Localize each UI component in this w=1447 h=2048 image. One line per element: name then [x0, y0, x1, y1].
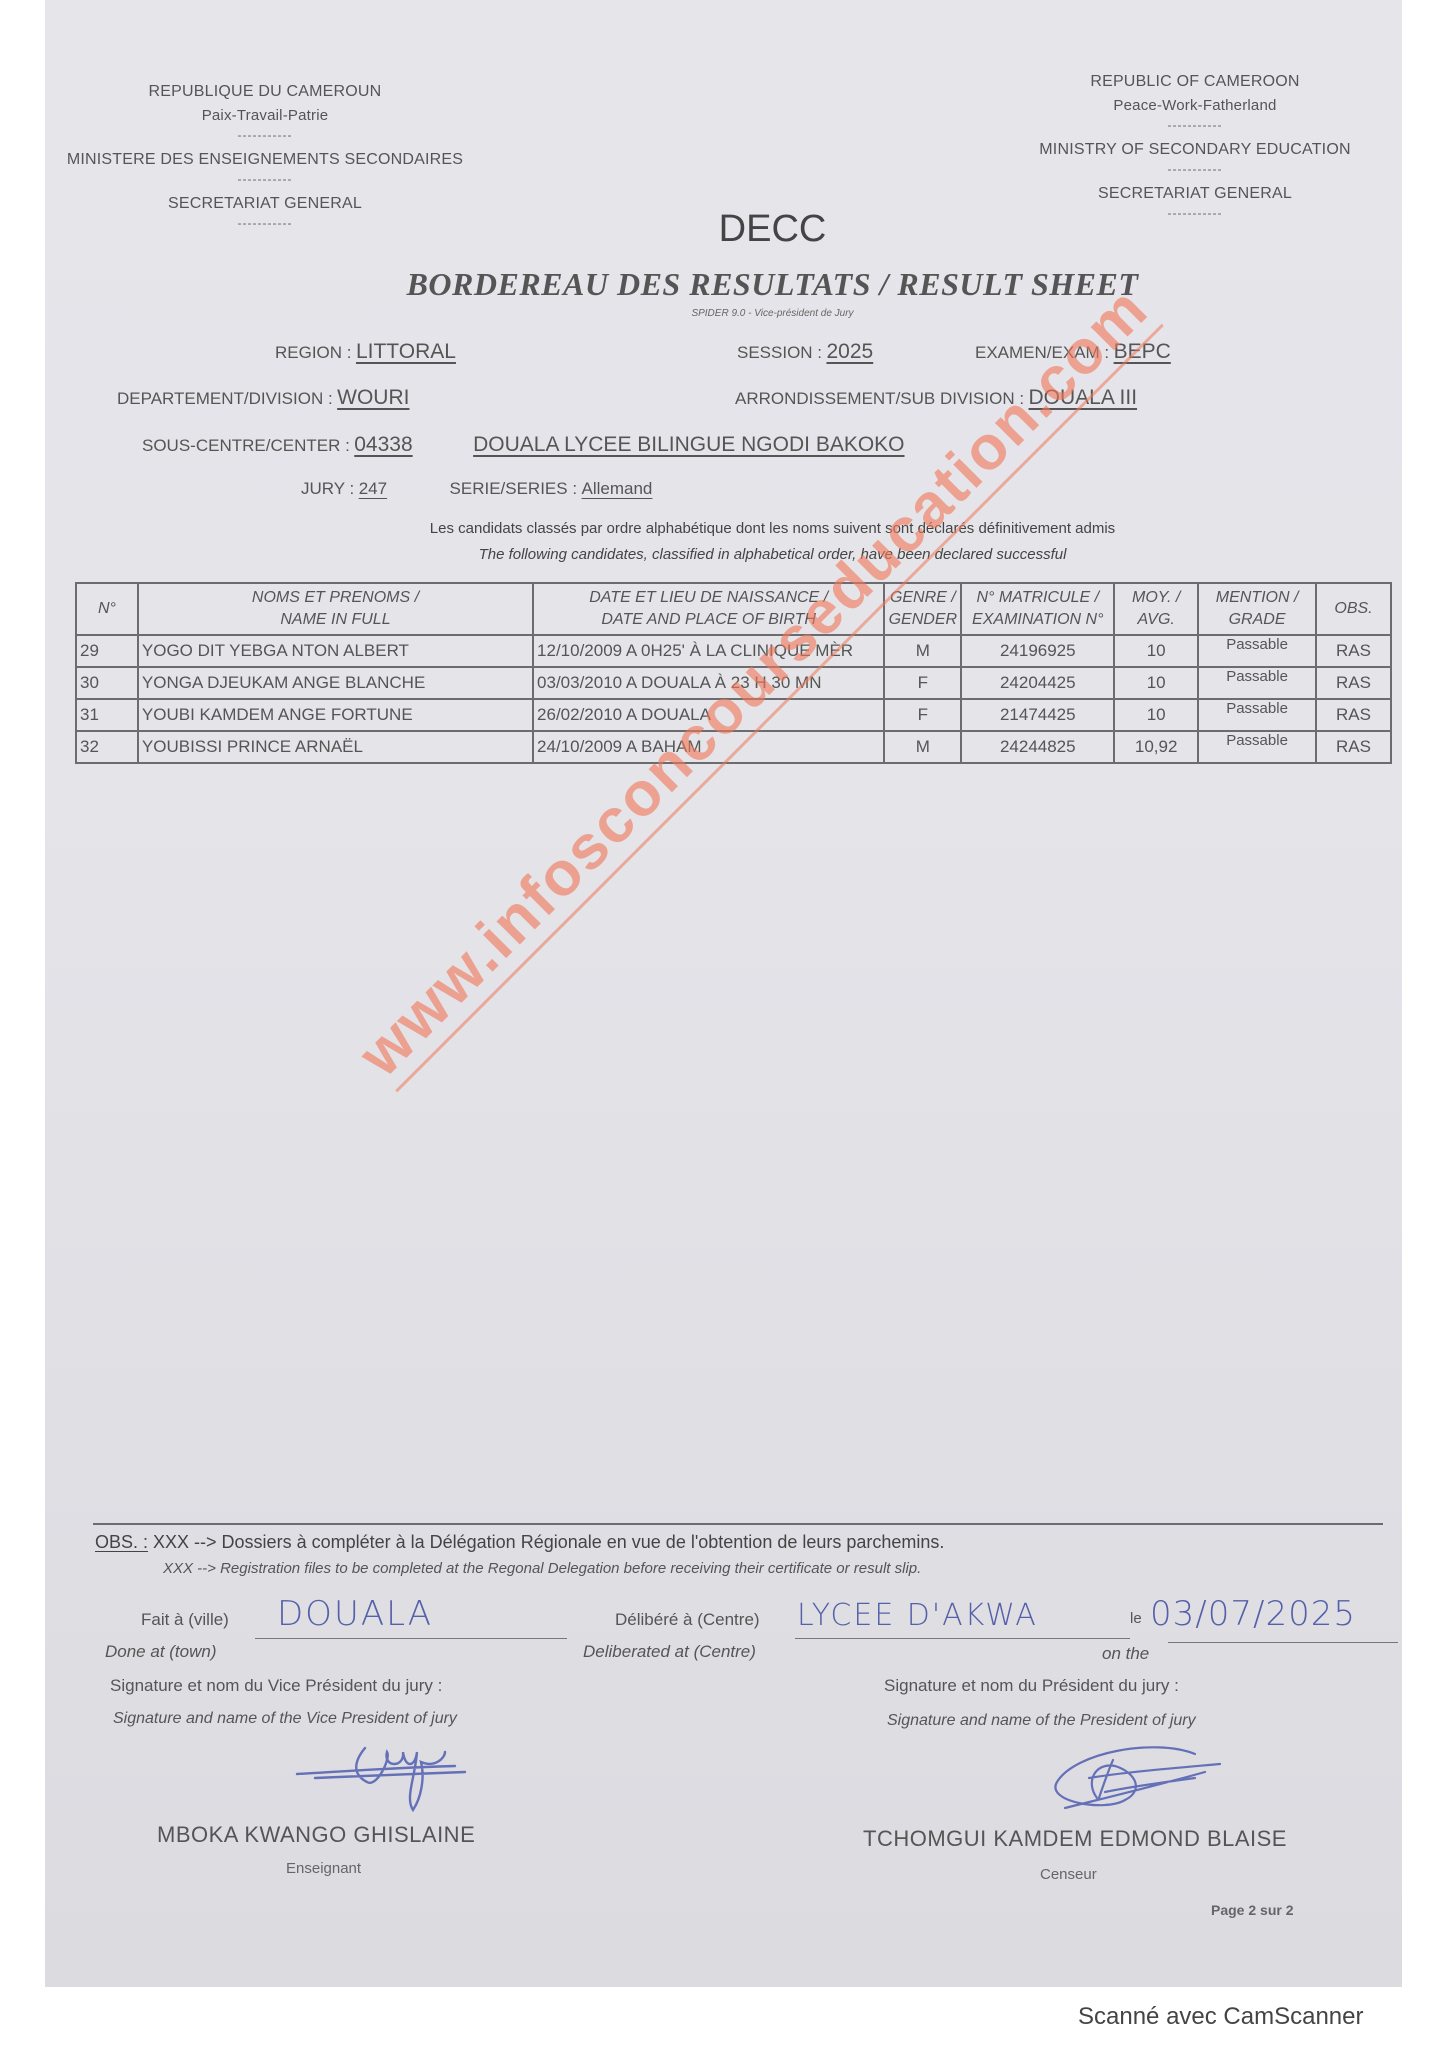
done-at-label-en: Done at (town): [105, 1642, 217, 1662]
p-signature-label-en: Signature and name of the President of j…: [887, 1712, 1196, 1730]
vp-signature-icon: [295, 1738, 475, 1818]
office-name: DECC: [94, 208, 1447, 251]
cell-average: 10: [1114, 699, 1198, 731]
cell-gender: M: [884, 635, 961, 667]
separator: -----------: [65, 128, 465, 142]
col-header-name: NOMS ET PRENOMS /NAME IN FULL: [138, 583, 533, 635]
center-code: 04338: [354, 433, 412, 456]
vp-role: Enseignant: [286, 1860, 361, 1877]
division-label: DEPARTEMENT/DIVISION :: [117, 389, 333, 408]
cell-grade: Passable: [1198, 699, 1316, 731]
p-name: TCHOMGUI KAMDEM EDMOND BLAISE: [863, 1826, 1313, 1852]
cell-matricule: 24244825: [961, 731, 1114, 763]
col-header-average: MOY. /AVG.: [1114, 583, 1198, 635]
cell-gender: M: [884, 731, 961, 763]
date-label-fr: le: [1130, 1610, 1142, 1627]
date-value: 03/07/2025: [1150, 1594, 1356, 1634]
cell-name: YOUBISSI PRINCE ARNAËL: [138, 731, 533, 763]
center-label: SOUS-CENTRE/CENTER :: [142, 436, 350, 455]
col-header-grade: MENTION /GRADE: [1198, 583, 1316, 635]
motto-en: Peace-Work-Fatherland: [1015, 94, 1375, 118]
vp-name: MBOKA KWANGO GHISLAINE: [157, 1822, 475, 1848]
center-name: DOUALA LYCEE BILINGUE NGODI BAKOKO: [473, 433, 904, 456]
cell-grade: Passable: [1198, 731, 1316, 763]
deliberated-line: [795, 1638, 1130, 1639]
jury-field: JURY : 247 SERIE/SERIES : Allemand: [301, 479, 652, 499]
secretariat-en: SECRETARIAT GENERAL: [1015, 182, 1375, 206]
cell-average: 10: [1114, 667, 1198, 699]
cell-name: YONGA DJEUKAM ANGE BLANCHE: [138, 667, 533, 699]
cell-gender: F: [884, 699, 961, 731]
separator: -----------: [65, 172, 465, 186]
cell-average: 10,92: [1114, 731, 1198, 763]
document-title: BORDEREAU DES RESULTATS / RESULT SHEET: [94, 266, 1447, 303]
obs-text-fr: XXX --> Dossiers à compléter à la Déléga…: [153, 1532, 944, 1552]
ministry-fr: MINISTERE DES ENSEIGNEMENTS SECONDAIRES: [65, 148, 465, 172]
col-header-obs: OBS.: [1316, 583, 1391, 635]
done-at-line: [255, 1638, 567, 1639]
header-right: REPUBLIC OF CAMEROON Peace-Work-Fatherla…: [1015, 70, 1375, 220]
date-label-en: on the: [1102, 1644, 1149, 1664]
vp-signature-label-en: Signature and name of the Vice President…: [113, 1710, 457, 1728]
cell-grade: Passable: [1198, 635, 1316, 667]
jury-label: JURY :: [301, 479, 354, 498]
cell-number: 30: [76, 667, 138, 699]
cell-name: YOGO DIT YEBGA NTON ALBERT: [138, 635, 533, 667]
deliberated-label-fr: Délibéré à (Centre): [615, 1610, 760, 1630]
session-value: 2025: [826, 340, 873, 363]
cell-average: 10: [1114, 635, 1198, 667]
cell-obs: RAS: [1316, 731, 1391, 763]
deliberated-label-en: Deliberated at (Centre): [583, 1642, 756, 1662]
page-number: Page 2 sur 2: [1211, 1902, 1294, 1918]
cell-matricule: 24196925: [961, 635, 1114, 667]
date-line: [1168, 1642, 1398, 1643]
region-label: REGION :: [275, 343, 352, 362]
col-header-number: N°: [76, 583, 138, 635]
motto-fr: Paix-Travail-Patrie: [65, 104, 465, 128]
cell-name: YOUBI KAMDEM ANGE FORTUNE: [138, 699, 533, 731]
deliberated-value: LYCEE D'AKWA: [797, 1598, 1038, 1633]
scanner-label: Scanné avec CamScanner: [1078, 2003, 1364, 2031]
table-header-row: N° NOMS ET PRENOMS /NAME IN FULL DATE ET…: [76, 583, 1391, 635]
series-label: SERIE/SERIES :: [450, 479, 578, 498]
obs-text-en: XXX --> Registration files to be complet…: [163, 1560, 921, 1577]
obs-label: OBS. :: [95, 1532, 148, 1552]
center-field: SOUS-CENTRE/CENTER : 04338 DOUALA LYCEE …: [142, 433, 905, 457]
vp-signature-label-fr: Signature et nom du Vice Président du ju…: [110, 1676, 442, 1696]
cell-obs: RAS: [1316, 667, 1391, 699]
cell-obs: RAS: [1316, 699, 1391, 731]
region-value: LITTORAL: [356, 340, 456, 363]
cell-number: 32: [76, 731, 138, 763]
done-at-value: DOUALA: [277, 1594, 433, 1634]
ministry-en: MINISTRY OF SECONDARY EDUCATION: [1015, 138, 1375, 162]
obs-fr: OBS. : XXX --> Dossiers à compléter à la…: [95, 1532, 944, 1553]
cell-matricule: 21474425: [961, 699, 1114, 731]
p-signature-label-fr: Signature et nom du Président du jury :: [884, 1676, 1179, 1696]
session-field: SESSION : 2025: [737, 340, 873, 364]
series-value: Allemand: [582, 479, 653, 498]
country-en: REPUBLIC OF CAMEROON: [1015, 70, 1375, 94]
region-field: REGION : LITTORAL: [275, 340, 456, 364]
session-label: SESSION :: [737, 343, 822, 362]
country-fr: REPUBLIQUE DU CAMEROUN: [65, 80, 465, 104]
cell-number: 29: [76, 635, 138, 667]
cell-obs: RAS: [1316, 635, 1391, 667]
separator: -----------: [1015, 118, 1375, 132]
division-field: DEPARTEMENT/DIVISION : WOURI: [117, 386, 409, 410]
separator: -----------: [1015, 162, 1375, 176]
p-signature-icon: [1045, 1742, 1245, 1817]
cell-matricule: 24204425: [961, 667, 1114, 699]
col-header-matricule: N° MATRICULE /EXAMINATION N°: [961, 583, 1114, 635]
footer-divider: [93, 1523, 1383, 1525]
software-version: SPIDER 9.0 - Vice-président de Jury: [94, 308, 1447, 319]
p-role: Censeur: [1040, 1866, 1097, 1883]
done-at-label-fr: Fait à (ville): [141, 1610, 229, 1630]
cell-grade: Passable: [1198, 667, 1316, 699]
division-value: WOURI: [337, 386, 409, 409]
cell-number: 31: [76, 699, 138, 731]
cell-gender: F: [884, 667, 961, 699]
jury-value: 247: [359, 479, 387, 498]
notice-fr: Les candidats classés par ordre alphabét…: [94, 520, 1447, 537]
document-page: REPUBLIQUE DU CAMEROUN Paix-Travail-Patr…: [45, 0, 1402, 1987]
notice-en: The following candidates, classified in …: [94, 546, 1447, 563]
